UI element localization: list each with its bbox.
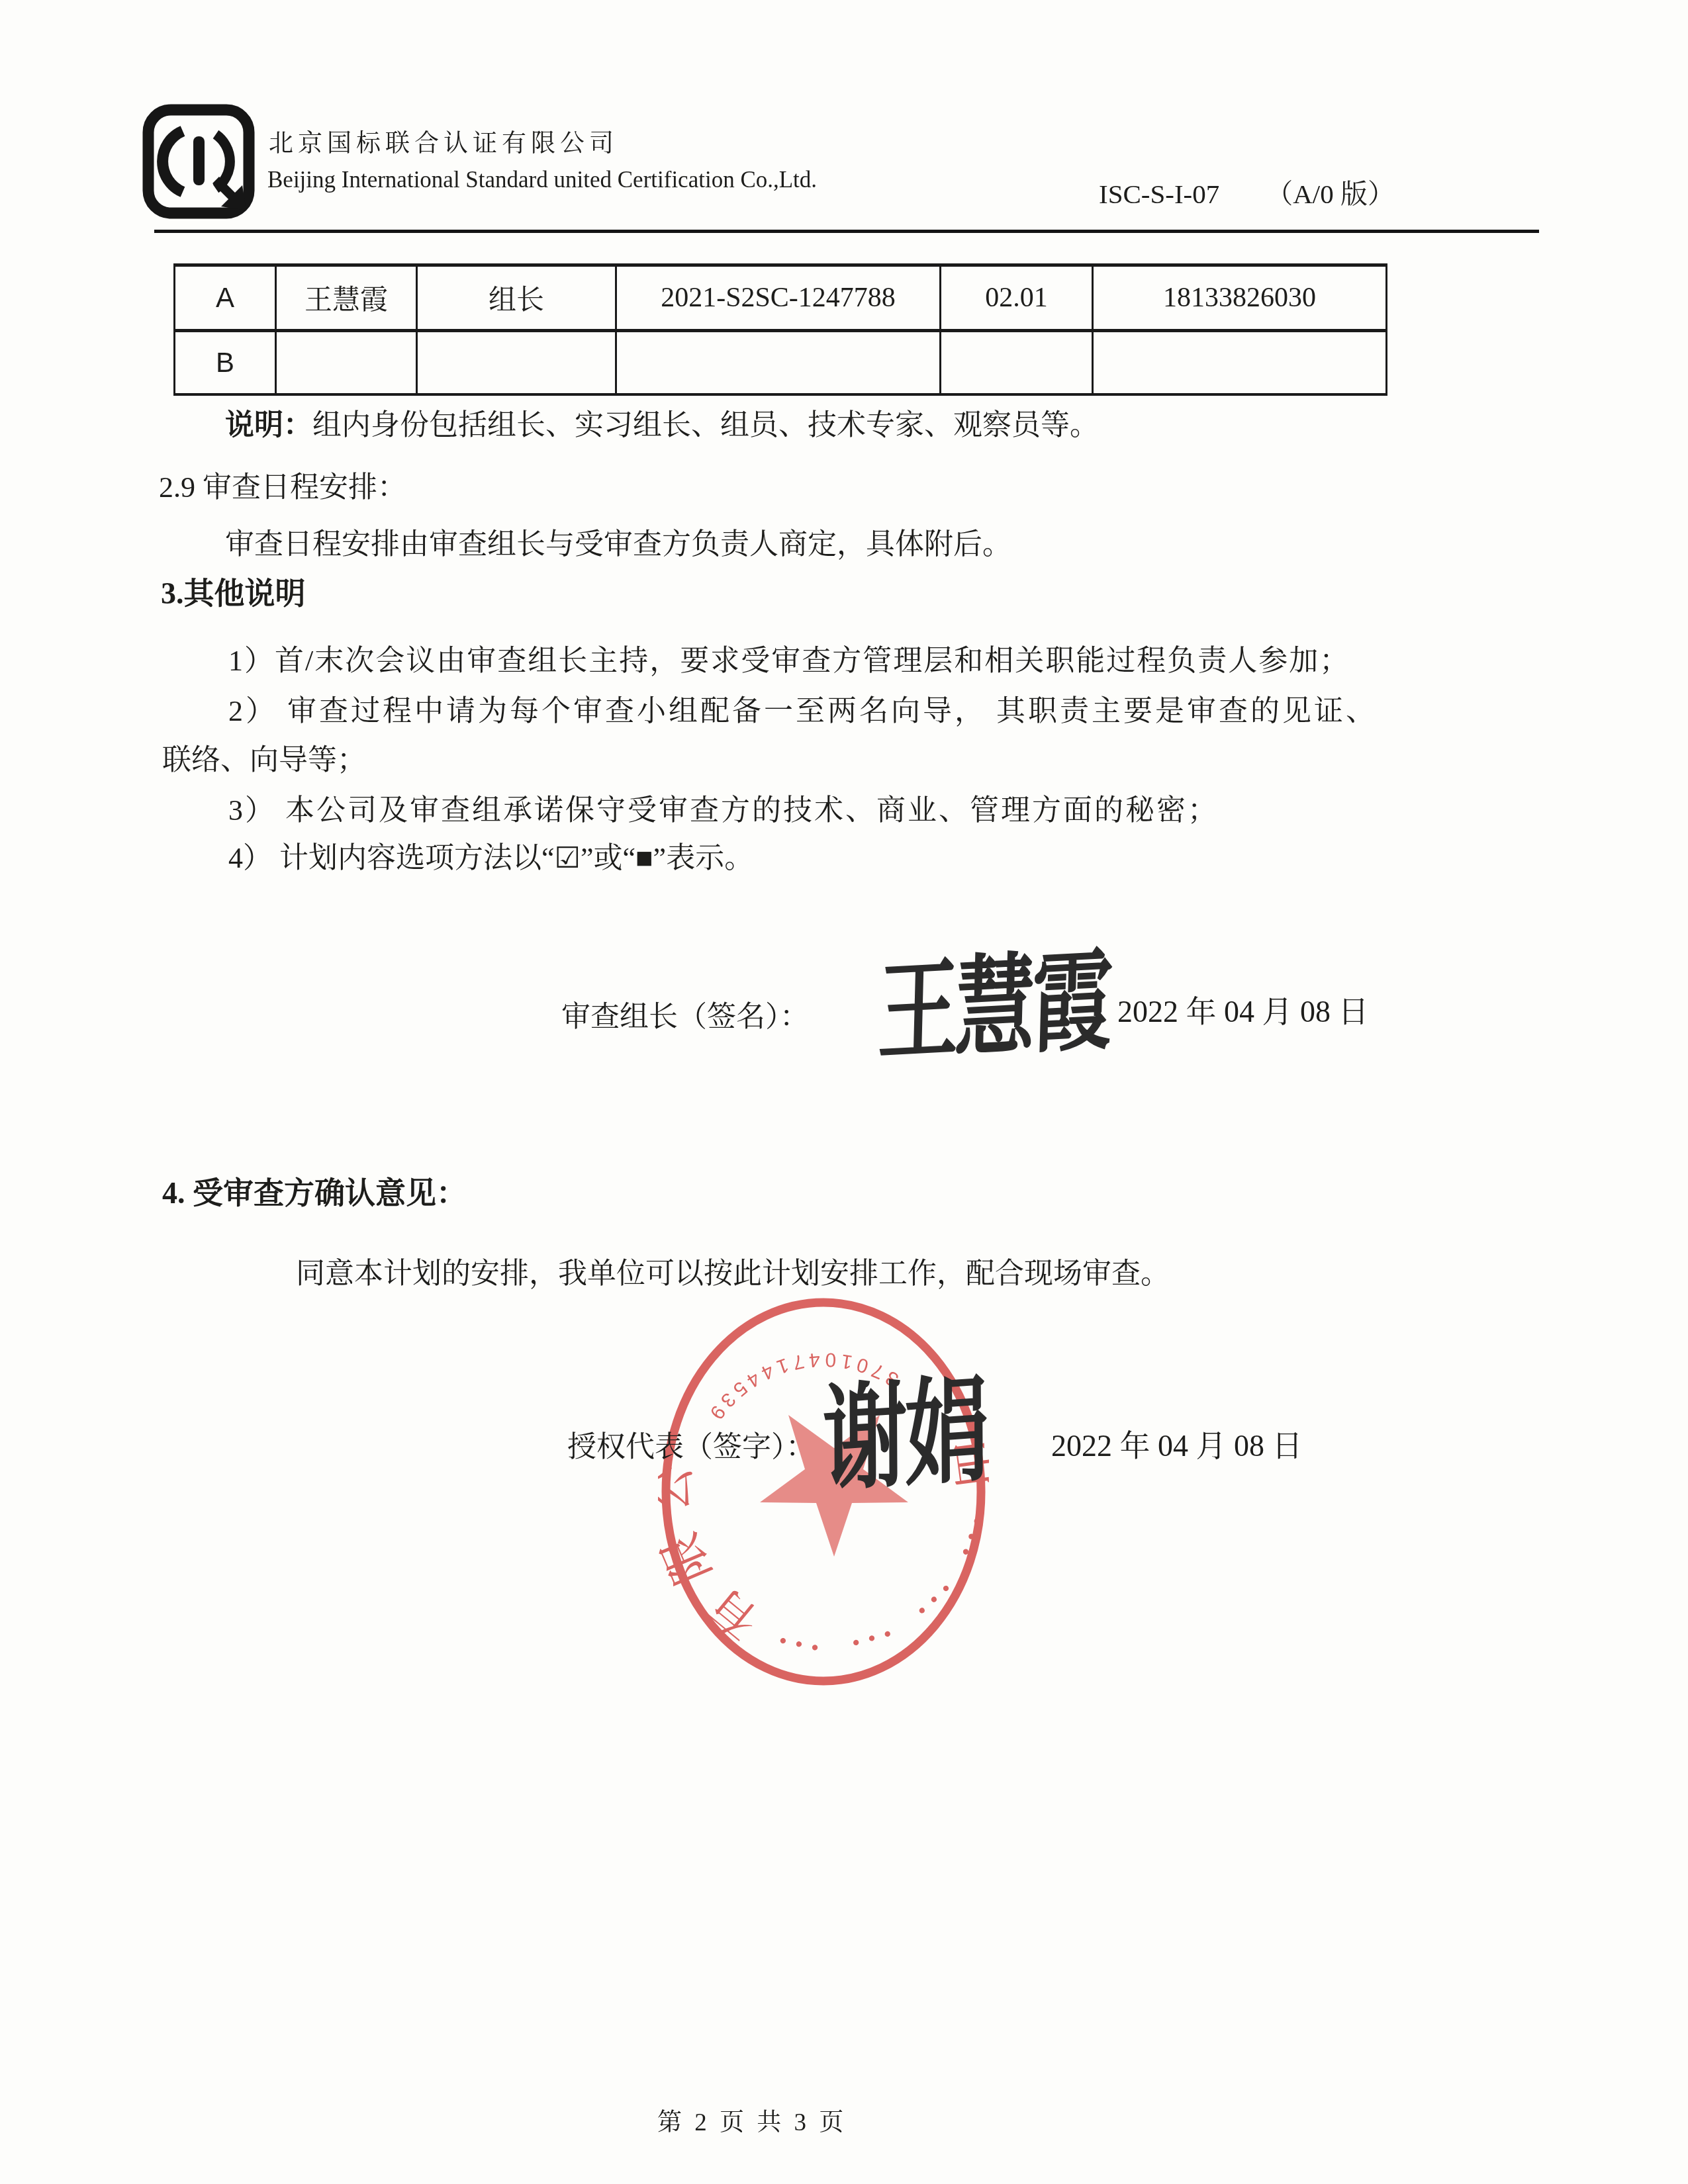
section-3-item-1: 1）首/末次会议由审查组长主持，要求受审查方管理层和相关职能过程负责人参加； [228, 637, 1350, 679]
table-note-body: 组内身份包括组长、实习组长、组员、技术专家、观察员等。 [312, 409, 1099, 441]
cell-role [417, 331, 616, 395]
cell-date: 02.01 [941, 265, 1093, 331]
page-number: 第 2 页 共 3 页 [657, 2102, 843, 2138]
table-note: 说明：组内身份包括组长、实习组长、组员、技术专家、观察员等。 [225, 401, 1099, 443]
cell-date [941, 331, 1093, 395]
certification-logo-icon [142, 103, 256, 220]
cell-phone: 18133826030 [1093, 265, 1387, 331]
cell-cert-no [616, 331, 941, 395]
section-3-item-2: 2） 审查过程中请为每个审查小组配备一至两名向导， 其职责主要是审查的见证、 [228, 687, 1378, 729]
section-3-item-3: 3） 本公司及审查组承诺保守受审查方的技术、商业、管理方面的秘密； [228, 786, 1219, 829]
leader-sign-date: 2022 年 04 月 08 日 [1117, 987, 1369, 1031]
doc-code-version: （A/0 版） [1266, 179, 1395, 209]
table-note-label: 说明： [225, 409, 312, 441]
doc-code: ISC-S-I-07（A/0 版） [1099, 172, 1441, 211]
section-3-item-2-wrap: 联络、向导等； [162, 736, 366, 778]
header-divider [154, 230, 1539, 233]
section-2-9-title: 2.9 审查日程安排： [159, 463, 406, 506]
handwritten-signature-leader: 王慧霞 [876, 913, 1111, 1082]
section-3-item-4: 4） 计划内容选项方法以“☑”或“■”表示。 [228, 834, 753, 876]
cell-name: 王慧霞 [276, 265, 417, 331]
table-row: A 王慧霞 组长 2021-S2SC-1247788 02.01 1813382… [175, 265, 1387, 331]
audit-team-table: A 王慧霞 组长 2021-S2SC-1247788 02.01 1813382… [173, 263, 1387, 396]
company-name-en: Beijing International Standard united Ce… [267, 167, 817, 193]
cell-row-id: B [175, 331, 276, 395]
leader-sign-label: 审查组长（签名）： [561, 993, 809, 1035]
cell-phone [1093, 331, 1387, 395]
cell-cert-no: 2021-S2SC-1247788 [616, 265, 941, 331]
cell-name [276, 331, 417, 395]
client-sign-date: 2022 年 04 月 08 日 [1051, 1422, 1303, 1465]
handwritten-signature-client: 谢娟 [822, 1338, 987, 1514]
section-4-body: 同意本计划的安排，我单位可以按此计划安排工作，配合现场审查。 [296, 1250, 1170, 1292]
section-4-title: 4. 受审查方确认意见： [162, 1169, 467, 1212]
cell-role: 组长 [417, 265, 616, 331]
table-row: B [175, 331, 1387, 395]
company-name-cn: 北京国标联合认证有限公司 [269, 123, 618, 159]
section-3-title: 3.其他说明 [161, 569, 306, 613]
cell-row-id: A [175, 265, 276, 331]
client-sign-label: 授权代表（签字）： [567, 1423, 815, 1465]
doc-code-number: ISC-S-I-07 [1099, 179, 1219, 209]
section-2-9-body: 审查日程安排由审查组长与受审查方负责人商定，具体附后。 [225, 520, 1011, 563]
document-page: 北京国标联合认证有限公司 Beijing International Stand… [0, 0, 1688, 2184]
